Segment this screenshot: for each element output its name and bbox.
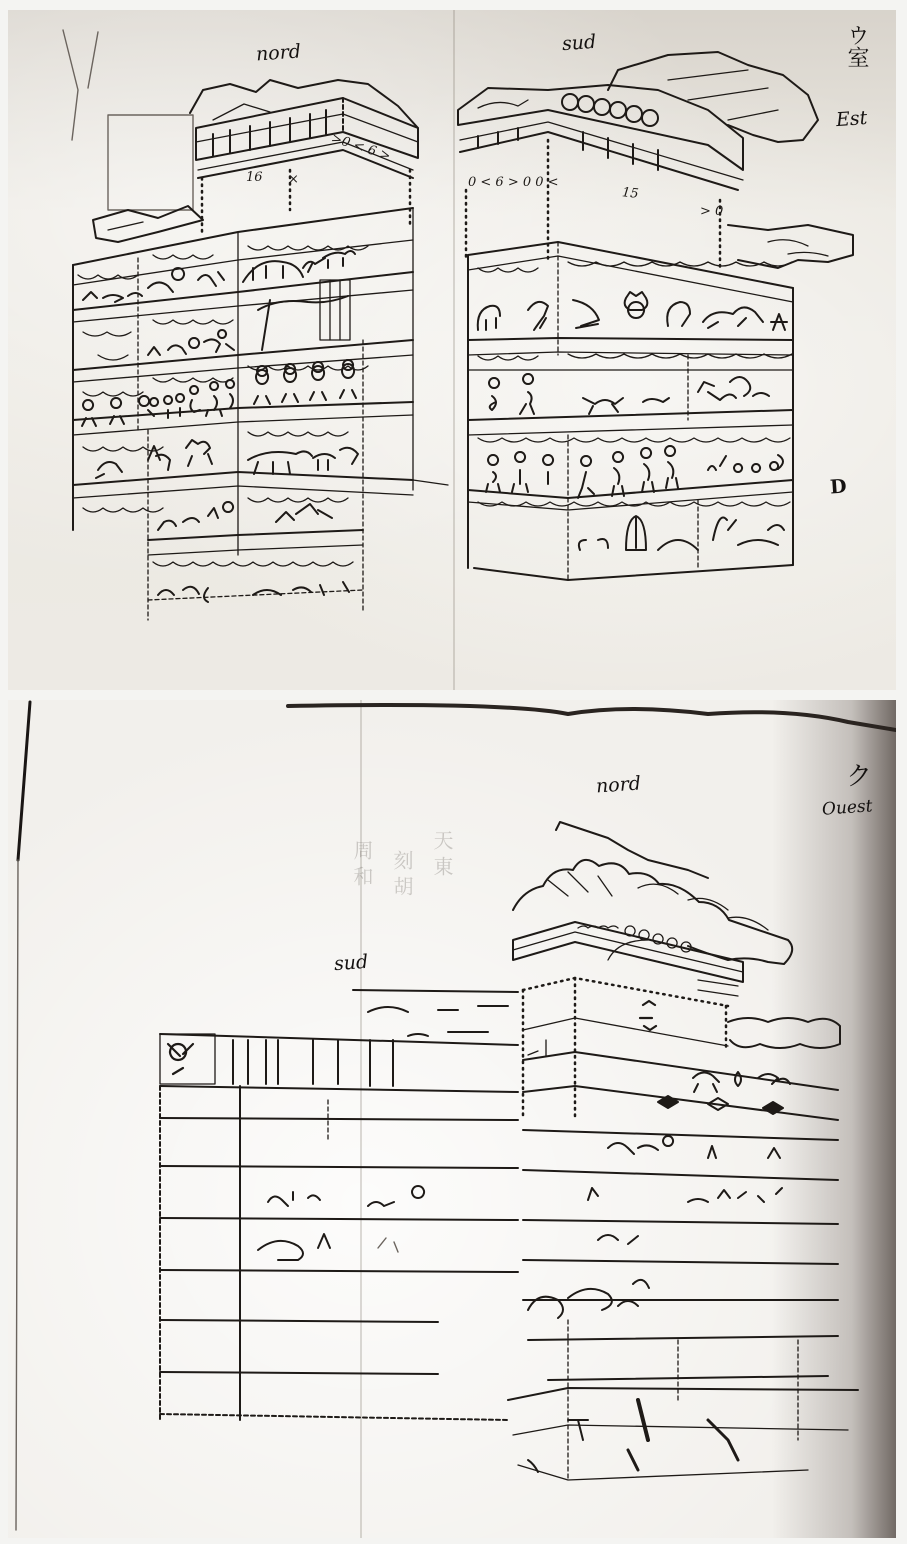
measure-right-end: > 0 (700, 204, 723, 219)
room-mark-cjk: ウ室 (841, 24, 872, 68)
measure-right-1: 0 < 6 > 0 0 < (468, 175, 559, 190)
label-sud: sud (561, 31, 597, 55)
label-nord: nord (255, 40, 301, 65)
measure-left-1: 16 (246, 170, 263, 185)
label-sud-2: sud (333, 951, 369, 975)
room-mark-cjk-2: ク (846, 756, 872, 793)
measure-left-x: × (288, 172, 299, 187)
page-1-sketch: nord sud ウ室 Est D 16 × >0 < 6 > 0 < 6 > … (8, 10, 896, 690)
page-2-sketch: 周和 刻胡 天東 (8, 700, 896, 1538)
pillar-drawings-west (8, 700, 896, 1538)
torn-edge-mark (63, 30, 78, 140)
left-pillar (73, 80, 448, 620)
pillar-drawings-east (8, 10, 896, 690)
label-est: Est (835, 107, 868, 131)
label-ouest: Ouest (821, 796, 873, 819)
corner-pillar (508, 822, 858, 1480)
label-nord-2: nord (595, 772, 641, 797)
south-wall-grid (160, 990, 518, 1420)
right-pillar (458, 52, 853, 580)
margin-mark-d: D (829, 475, 847, 498)
measure-right-15: 15 (621, 185, 639, 202)
